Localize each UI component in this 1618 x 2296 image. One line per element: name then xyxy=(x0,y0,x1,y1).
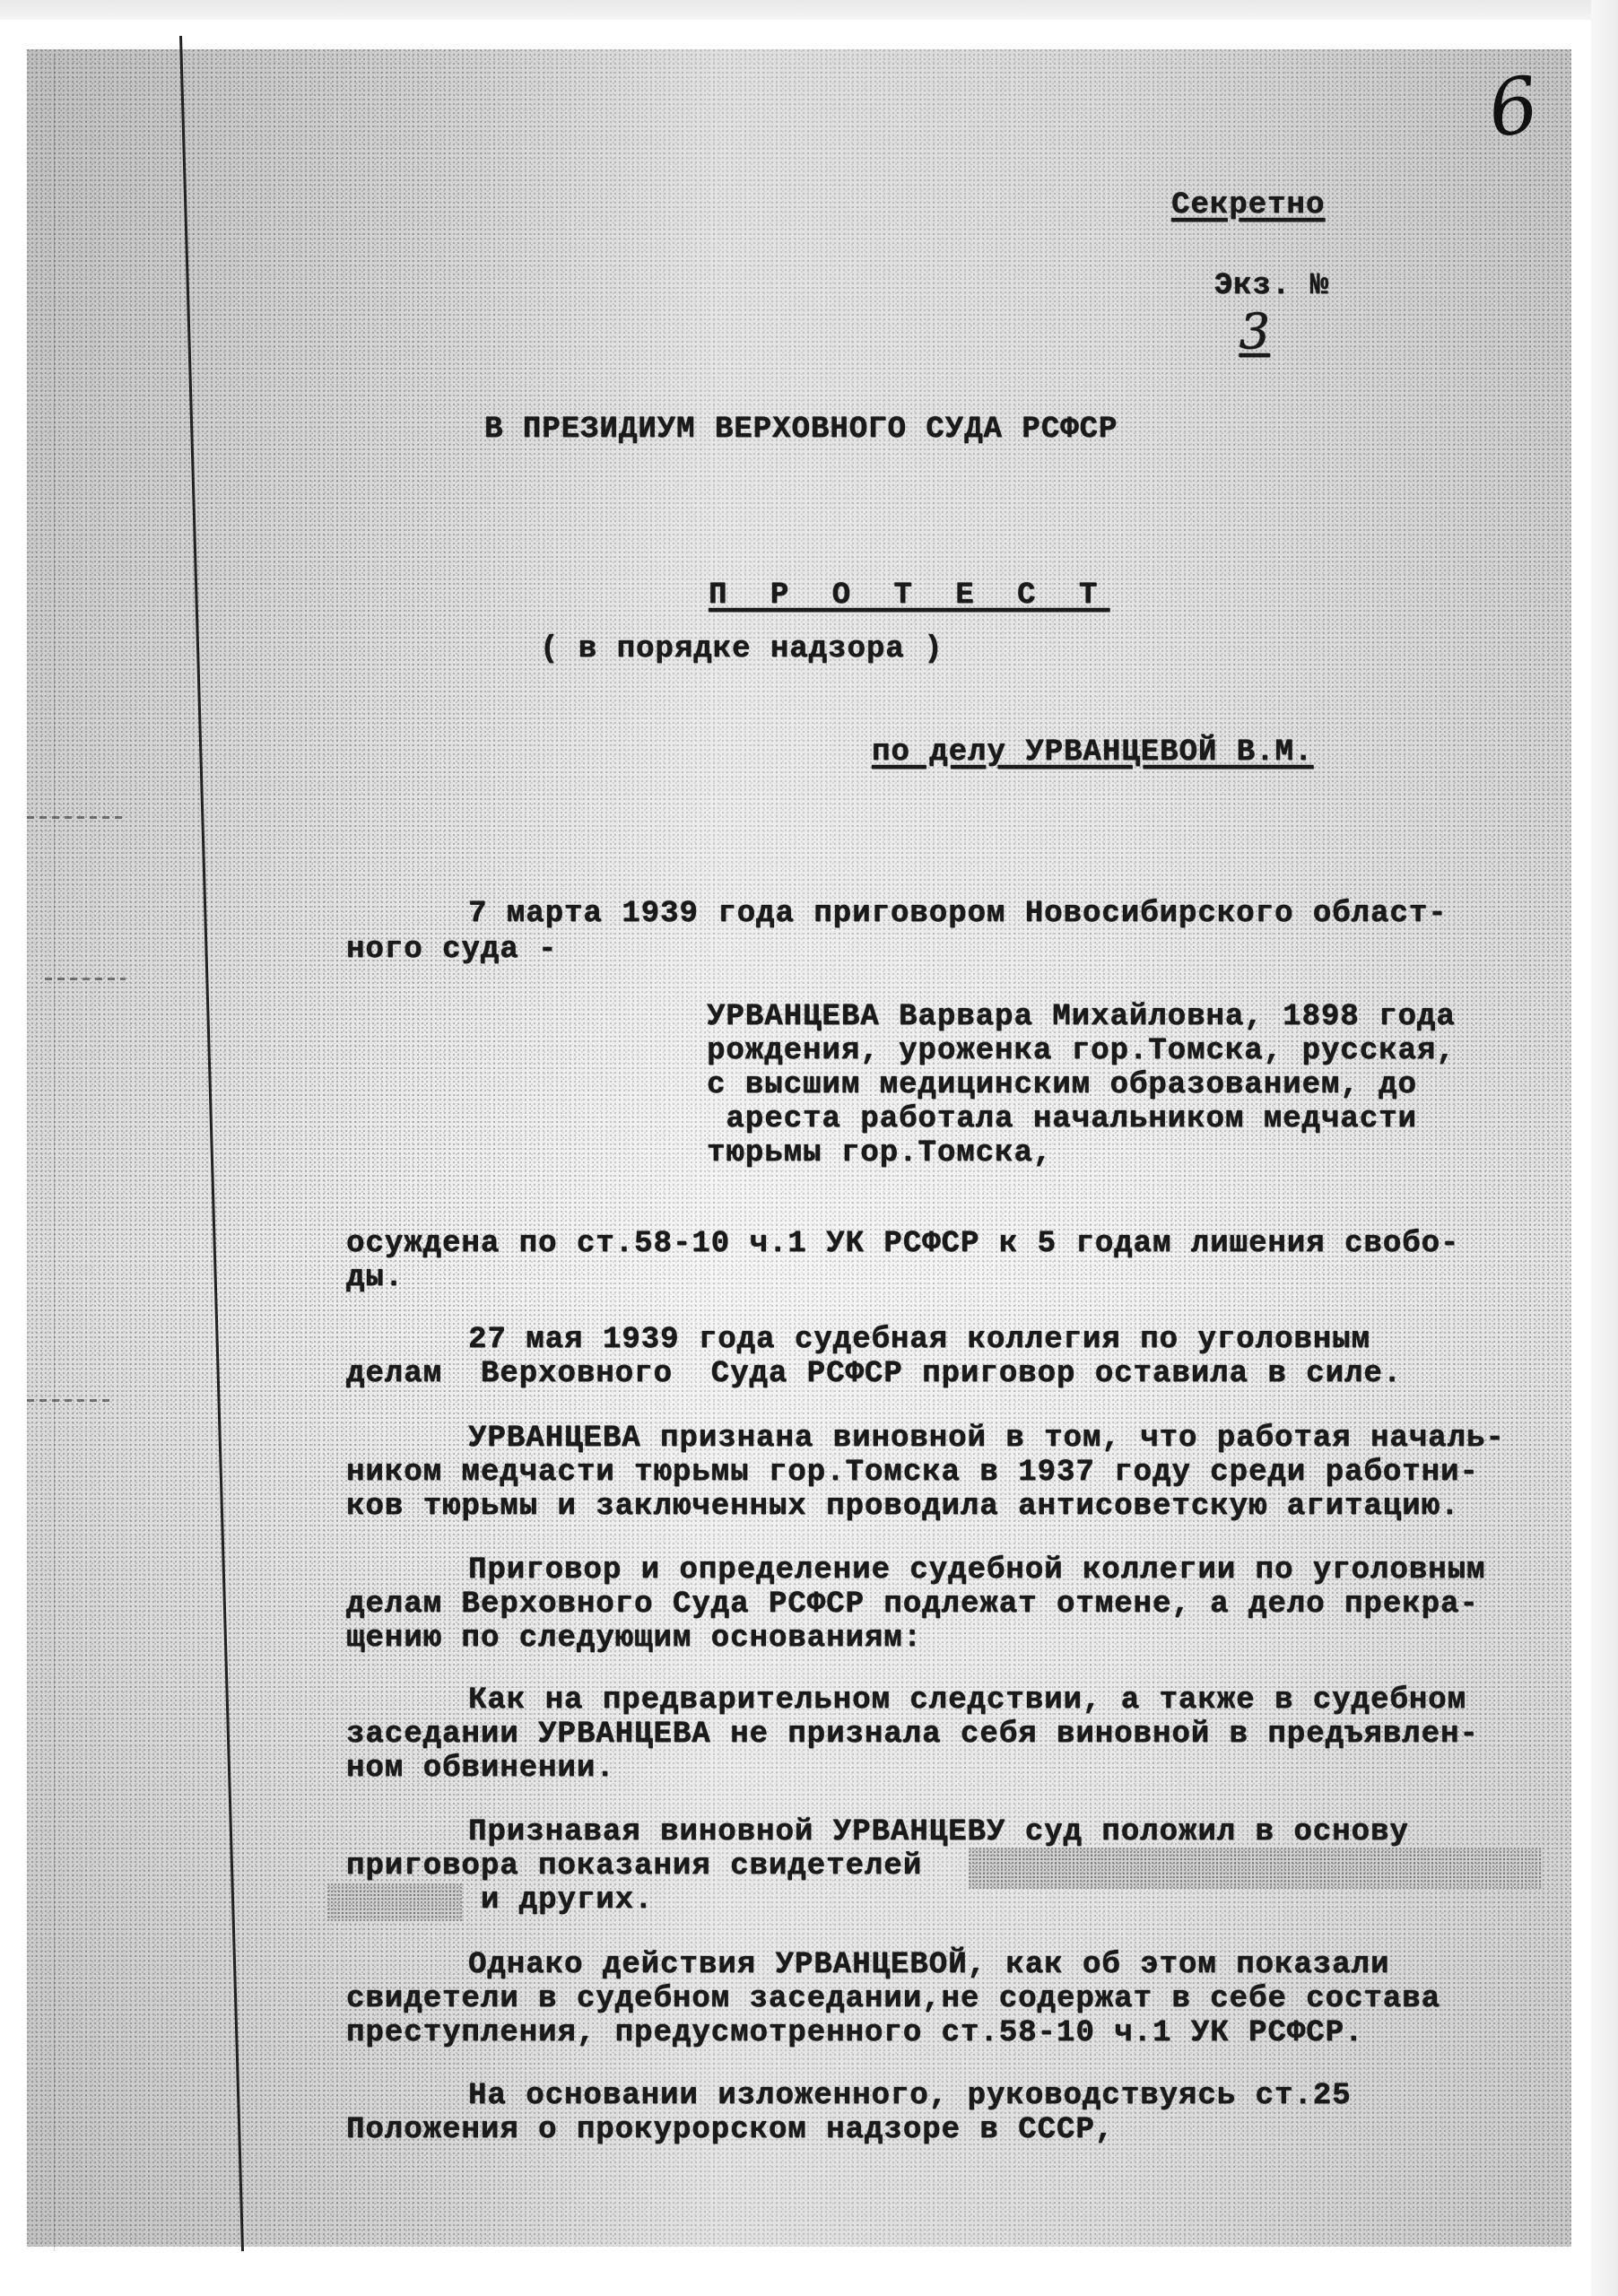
appeal-line-2: делам Верховного Суда РСФСР приговор ост… xyxy=(346,1357,1402,1391)
paragraph-1-line-1: 7 марта 1939 года приговором Новосибирск… xyxy=(468,897,1448,931)
document-subtitle: ( в порядке надзора ) xyxy=(540,632,943,666)
charge-line-1: УРВАНЦЕВА признана виновной в том, что р… xyxy=(468,1422,1505,1456)
defendant-line-1: УРВАНЦЕВА Варвара Михайловна, 1898 года xyxy=(707,1000,1456,1034)
charge-line-3: ков тюрьмы и заключенных проводила антис… xyxy=(346,1490,1459,1524)
basis-line-1: На основании изложенного, руководствуясь… xyxy=(468,2079,1352,2113)
witnesses-line-3: и других. xyxy=(346,1883,653,1918)
grounds-line-3: щению по следующим основаниям: xyxy=(346,1622,922,1656)
defendant-line-4: ареста работала начальником медчасти xyxy=(707,1102,1417,1136)
case-reference: по делу УРВАНЦЕВОЙ В.М. xyxy=(872,735,1313,770)
plea-line-3: ном обвинении. xyxy=(346,1752,615,1786)
copy-number-line: Экз. № 3 xyxy=(1137,235,1329,394)
copy-label: Экз. № xyxy=(1214,269,1329,303)
appeal-line-1: 27 мая 1939 года судебная коллегия по уг… xyxy=(468,1323,1370,1357)
grounds-line-1: Приговор и определение судебной коллегии… xyxy=(468,1553,1485,1587)
conclusion-line-1: Однако действия УРВАНЦЕВОЙ, как об этом … xyxy=(468,1948,1389,1982)
redacted-witness-names xyxy=(969,1848,1543,1889)
sentence-line-1: осуждена по ст.58-10 ч.1 УК РСФСР к 5 го… xyxy=(346,1227,1459,1261)
conclusion-line-2: свидетели в судебном заседании,не содерж… xyxy=(346,1982,1440,2016)
plea-line-2: заседании УРВАНЦЕВА не признала себя вин… xyxy=(346,1718,1479,1752)
copy-number: 3 xyxy=(1214,303,1295,360)
addressee: В ПРЕЗИДИУМ ВЕРХОВНОГО СУДА РСФСР xyxy=(484,413,1118,447)
witnesses-line-1: Признавая виновной УРВАНЦЕВУ суд положил… xyxy=(468,1815,1409,1849)
witnesses-line-2: приговора показания свидетелей xyxy=(346,1849,922,1883)
conclusion-line-3: преступления, предусмотренного ст.58-10 … xyxy=(346,2016,1363,2050)
defendant-line-5: тюрьмы гор.Томска, xyxy=(707,1136,1052,1170)
paragraph-1-line-2: ного суда - xyxy=(346,933,557,967)
defendant-line-2: рождения, уроженка гор.Томска, русская, xyxy=(707,1034,1456,1068)
plea-line-1: Как на предварительном следствии, а такж… xyxy=(468,1683,1466,1718)
charge-line-2: ником медчасти тюрьмы гор.Томска в 1937 … xyxy=(346,1456,1479,1490)
defendant-line-3: с высшим медицинским образованием, до xyxy=(707,1068,1417,1102)
grounds-line-2: делам Верховного Суда РСФСР подлежат отм… xyxy=(346,1587,1479,1622)
sentence-line-2: ды. xyxy=(346,1261,404,1295)
document-title: П Р О Т Е С Т xyxy=(709,578,1109,613)
handwritten-page-number: 6 xyxy=(1483,60,1544,156)
document-body: 6 Секретно Экз. № 3 В ПРЕЗИДИУМ ВЕРХОВНО… xyxy=(0,0,1618,2296)
classification-label: Секретно xyxy=(1171,188,1325,222)
basis-line-2: Положения о прокурорском надзоре в СССР, xyxy=(346,2113,1114,2147)
